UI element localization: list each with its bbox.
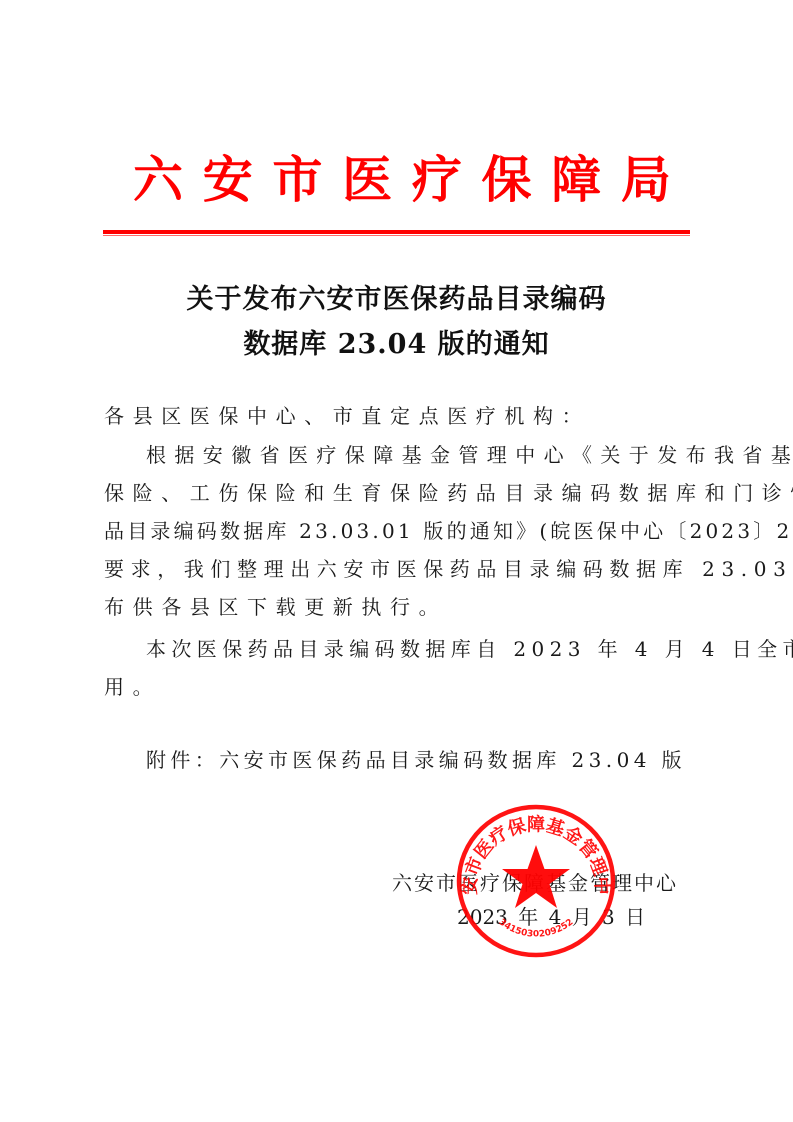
letterhead-char: 局 (620, 148, 672, 212)
document-title-line-1: 关于发布六安市医保药品目录编码 (100, 284, 693, 316)
attachment-note: 附件：六安市医保药品目录编码数据库 23.04 版 (146, 745, 692, 775)
letterhead-char: 安 (202, 148, 254, 212)
letterhead-char: 医 (341, 148, 393, 212)
paragraph-1-line-4: 要求，我们整理出六安市医保药品目录编码数据库 23.03 版，现发 (104, 554, 692, 584)
letterhead-char: 六 (132, 148, 184, 212)
salutation: 各县区医保中心、市直定点医疗机构： (104, 401, 692, 431)
paragraph-1-line-3: 品目录编码数据库 23.03.01 版的通知》(皖医保中心〔2023〕29 号) (104, 516, 692, 546)
letterhead-char: 市 (271, 148, 323, 212)
paragraph-2-line-1: 本次医保药品目录编码数据库自 2023 年 4 月 4 日全市统一启 (146, 634, 692, 664)
letterhead-char: 疗 (411, 148, 463, 212)
letterhead-divider (103, 230, 690, 234)
letterhead-char: 保 (481, 148, 533, 212)
signature-organization: 六安市医疗保障基金管理中心 (392, 868, 678, 898)
letterhead-divider-thin (103, 235, 690, 236)
paragraph-2-line-2: 用。 (104, 672, 692, 702)
paragraph-1-line-2: 保险、工伤保险和生育保险药品目录编码数据库和门诊慢特病药 (104, 478, 692, 508)
signature-date: 2023 年 4 月 3 日 (457, 902, 645, 932)
paragraph-1-line-1: 根据安徽省医疗保障基金管理中心《关于发布我省基本医疗 (146, 440, 692, 470)
letterhead-title: 六 安 市 医 疗 保 障 局 (132, 148, 672, 212)
letterhead-char: 障 (550, 148, 602, 212)
document-title-line-2: 数据库 23.04 版的通知 (100, 329, 693, 361)
paragraph-1-line-5: 布供各县区下载更新执行。 (104, 592, 692, 622)
